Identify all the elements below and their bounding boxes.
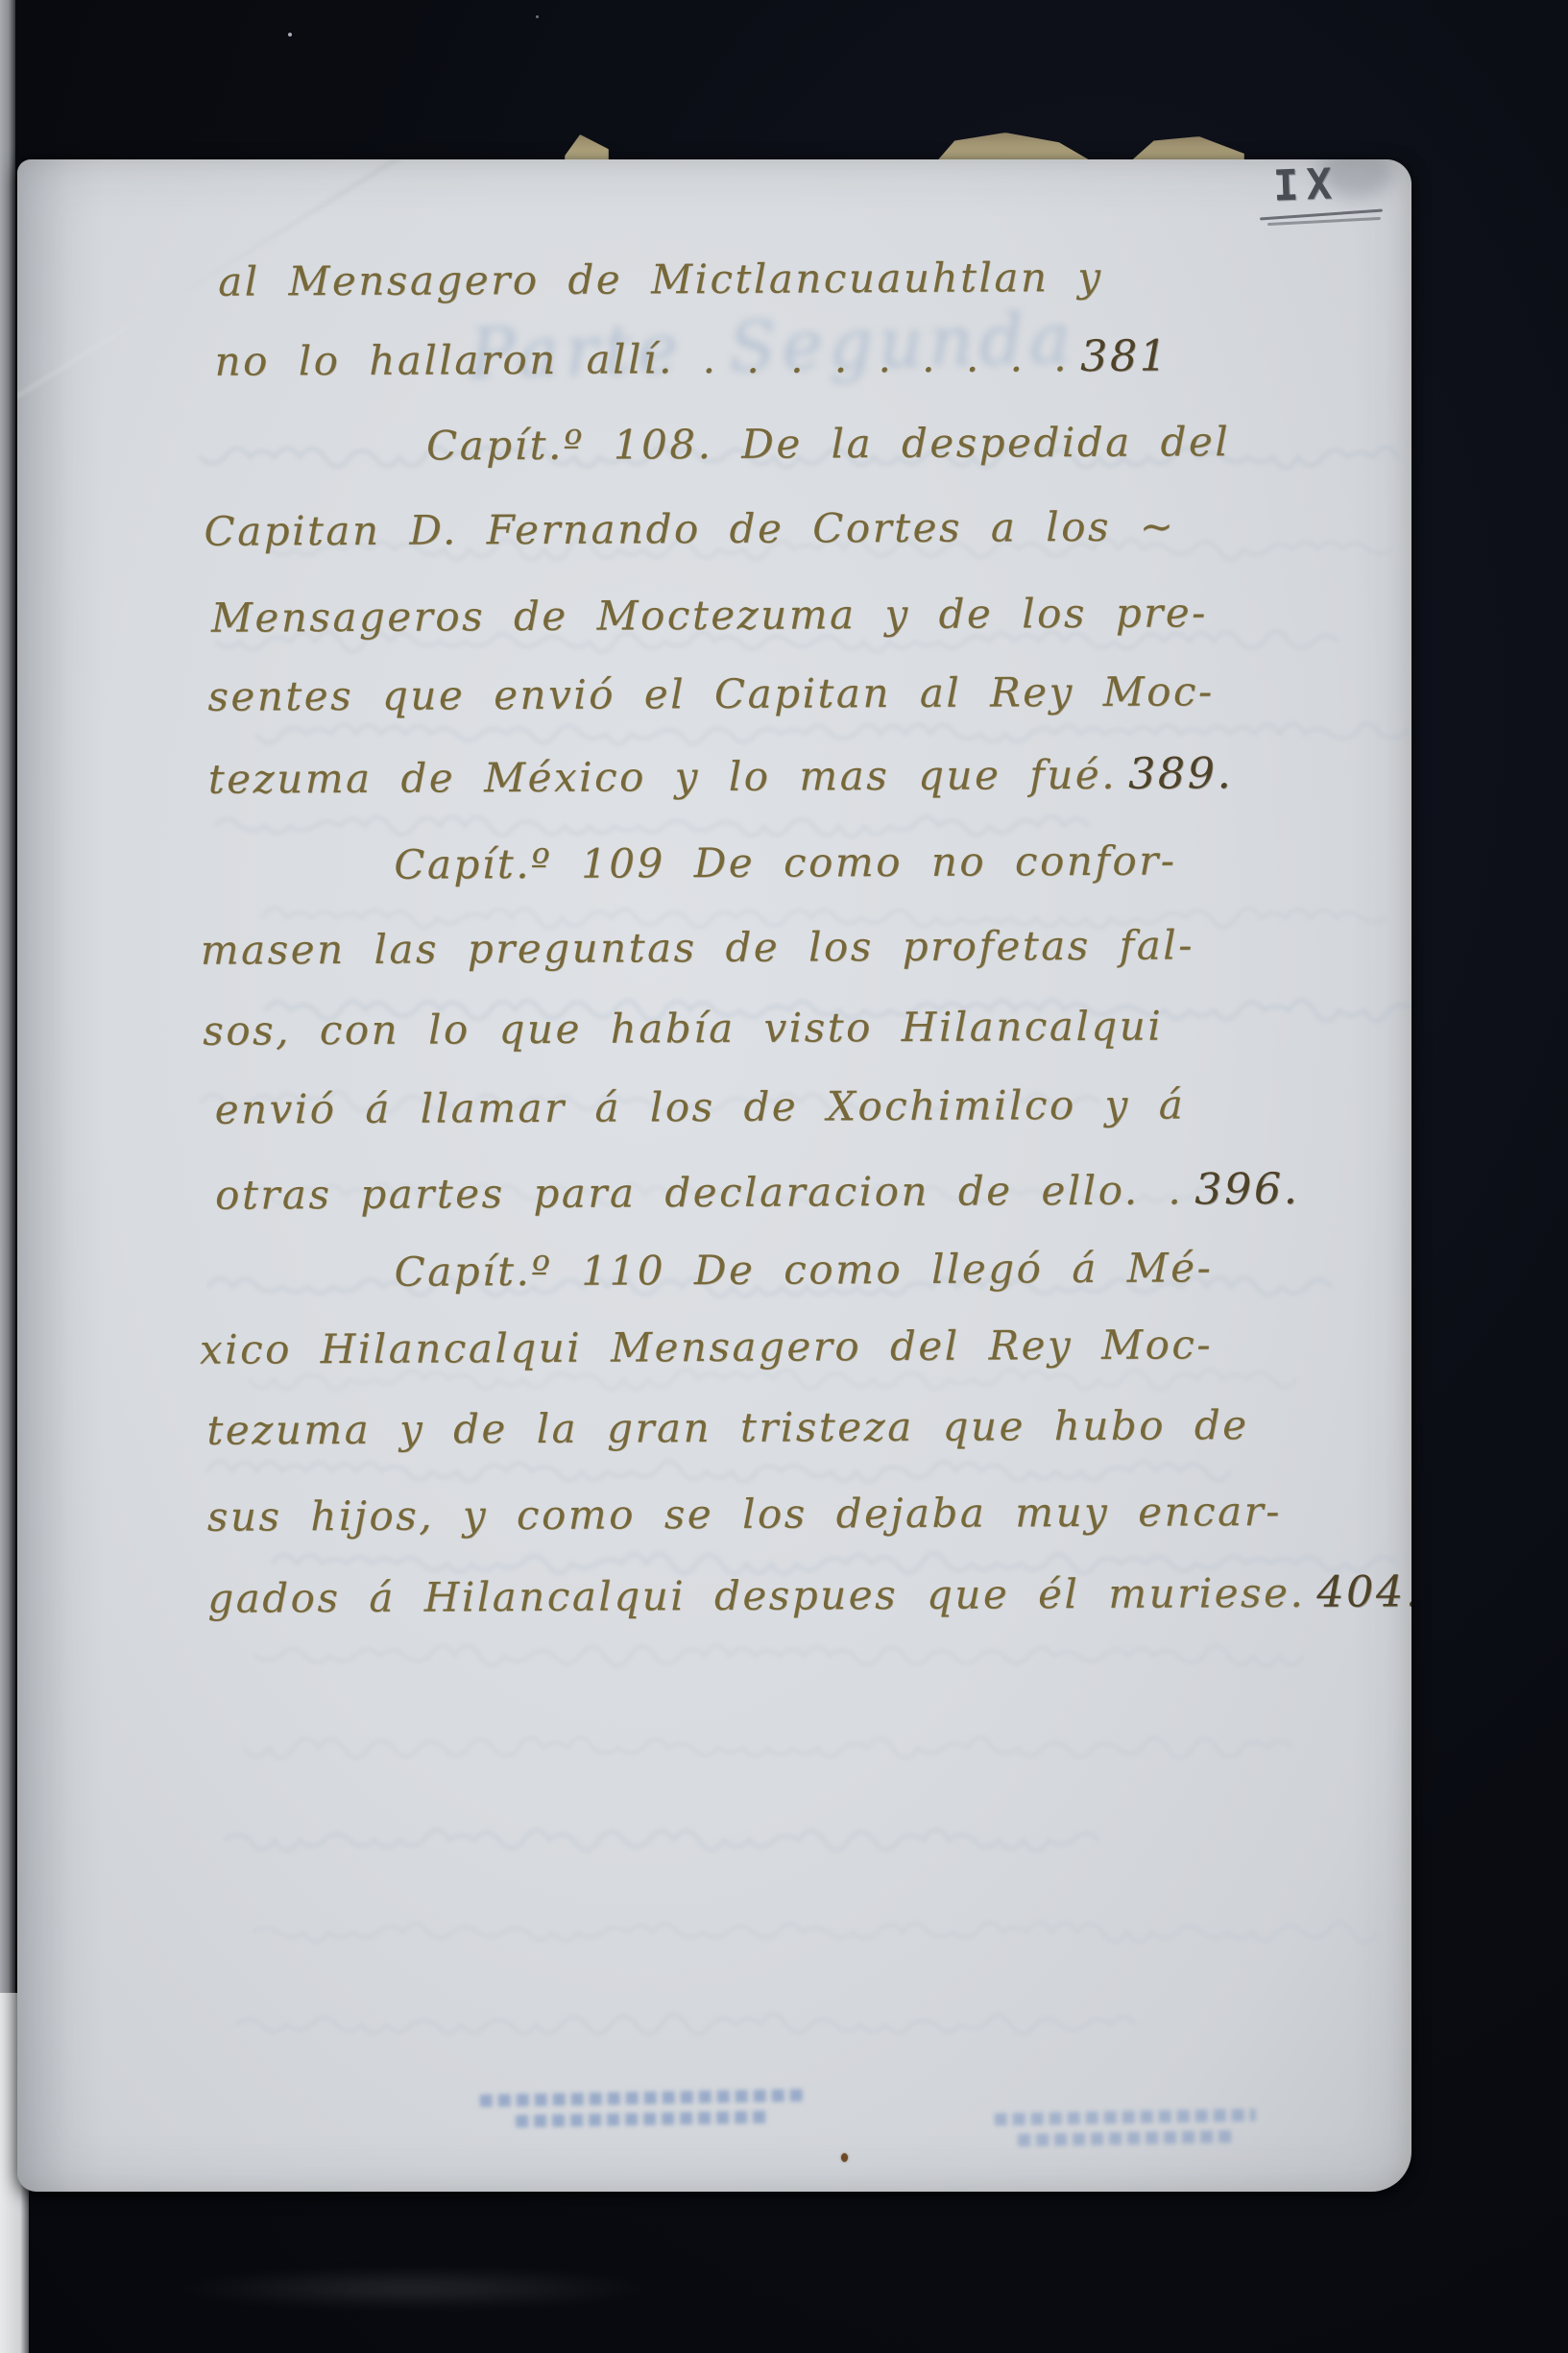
backdrop-scratch xyxy=(163,2267,663,2311)
manuscript-line: otras partes para declaracion de ello. .… xyxy=(215,1165,1300,1220)
manuscript-line: tezuma de México y lo mas que fué.389. xyxy=(208,749,1234,804)
manuscript-line: Capít.º 109 De como no confor- xyxy=(394,837,1176,887)
manuscript-page: Parte Segunda IX al Mensagero de Mictlan… xyxy=(17,159,1411,2192)
torn-paper-fragment xyxy=(565,134,609,161)
manuscript-line: tezuma y de la gran tristeza que hubo de xyxy=(206,1401,1248,1454)
manuscript-line: al Mensagero de Mictlancuauhtlan y xyxy=(218,254,1103,305)
manuscript-line: gados á Hilancalqui despues que él murie… xyxy=(207,1567,1411,1623)
ink-speck xyxy=(841,2153,848,2162)
index-text-block: al Mensagero de Mictlancuauhtlan yno lo … xyxy=(17,159,1411,2192)
dust-speck xyxy=(536,15,539,18)
manuscript-line: Capít.º 110 De como llegó á Mé- xyxy=(394,1244,1213,1295)
manuscript-line: sos, con lo que había visto Hilancalqui xyxy=(203,1003,1163,1055)
manuscript-line: envió á llamar á los de Xochimilco y á xyxy=(215,1080,1186,1132)
manuscript-line: sus hijos, y como se los dejaba muy enca… xyxy=(207,1488,1282,1540)
manuscript-line: sentes que envió el Capitan al Rey Moc- xyxy=(207,667,1215,719)
manuscript-line: Capitan D. Fernando de Cortes a los ~ xyxy=(204,502,1175,554)
manuscript-line: Mensageros de Moctezuma y de los pre- xyxy=(211,589,1208,641)
manuscript-line: masen las preguntas de los profetas fal- xyxy=(201,921,1194,973)
dust-speck xyxy=(288,33,292,36)
manuscript-line: xico Hilancalqui Mensagero del Rey Moc- xyxy=(200,1321,1213,1373)
manuscript-photo: Parte Segunda IX al Mensagero de Mictlan… xyxy=(0,0,1568,2353)
manuscript-line: no lo hallaron allí. . . . . . . . . .38… xyxy=(214,332,1169,386)
manuscript-line: Capít.º 108. De la despedida del xyxy=(426,418,1230,469)
